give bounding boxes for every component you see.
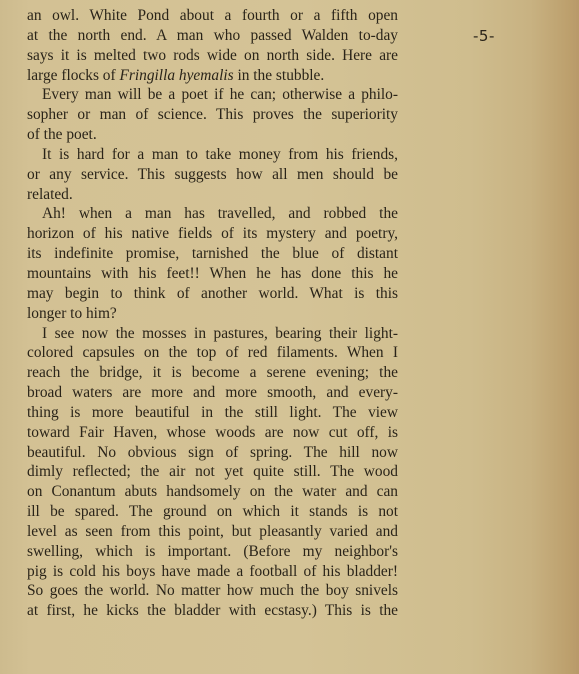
text-line: toward Fair Haven, whose woods are now c… — [27, 423, 398, 443]
paragraph-start-line: Every man will be a poet if he can; othe… — [27, 85, 398, 105]
text-line: of the poet. — [27, 125, 398, 145]
text-line: dimly reflected; the air not yet quite s… — [27, 462, 398, 482]
text-segment: in the stubble. — [234, 67, 325, 84]
text-line: sopher or man of science. This proves th… — [27, 105, 398, 125]
text-line: broad waters are more and more smooth, a… — [27, 383, 398, 403]
text-line: related. — [27, 185, 398, 205]
text-line: large flocks of Fringilla hyemalis in th… — [27, 66, 398, 86]
paragraph-start-line: I see now the mosses in pastures, bearin… — [27, 324, 398, 344]
text-line: beautiful. No obvious sign of spring. Th… — [27, 443, 398, 463]
paragraph-start-line: Ah! when a man has travelled, and robbed… — [27, 204, 398, 224]
book-page: -5- an owl. White Pond about a fourth or… — [0, 0, 579, 674]
text-line: horizon of his native fields of its myst… — [27, 224, 398, 244]
text-line: on Conantum abuts handsomely on the wate… — [27, 482, 398, 502]
text-line: ill be spared. The ground on which it st… — [27, 502, 398, 522]
text-line: at the north end. A man who passed Walde… — [27, 26, 398, 46]
text-line: mountains with his feet!! When he has do… — [27, 264, 398, 284]
text-line: longer to him? — [27, 304, 398, 324]
text-line: an owl. White Pond about a fourth or a f… — [27, 6, 398, 26]
text-line: swelling, which is important. (Before my… — [27, 542, 398, 562]
text-line: So goes the world. No matter how much th… — [27, 581, 398, 601]
text-segment: large flocks of — [27, 67, 119, 84]
text-line: colored capsules on the top of red filam… — [27, 343, 398, 363]
paragraph-start-line: It is hard for a man to take money from … — [27, 145, 398, 165]
text-line: pig is cold his boys have made a footbal… — [27, 562, 398, 582]
text-line: or any service. This suggests how all me… — [27, 165, 398, 185]
italic-species-name: Fringilla hyemalis — [119, 67, 233, 84]
text-line: reach the bridge, it is become a serene … — [27, 363, 398, 383]
body-text: an owl. White Pond about a fourth or a f… — [27, 6, 398, 621]
text-line: level as seen from this point, but pleas… — [27, 522, 398, 542]
text-line: at first, he kicks the bladder with ecst… — [27, 601, 398, 621]
text-line: its indefinite promise, tarnished the bl… — [27, 244, 398, 264]
page-number: -5- — [473, 27, 495, 45]
text-line: may begin to think of another world. Wha… — [27, 284, 398, 304]
text-line: thing is more beautiful in the still lig… — [27, 403, 398, 423]
text-line: says it is melted two rods wide on north… — [27, 46, 398, 66]
